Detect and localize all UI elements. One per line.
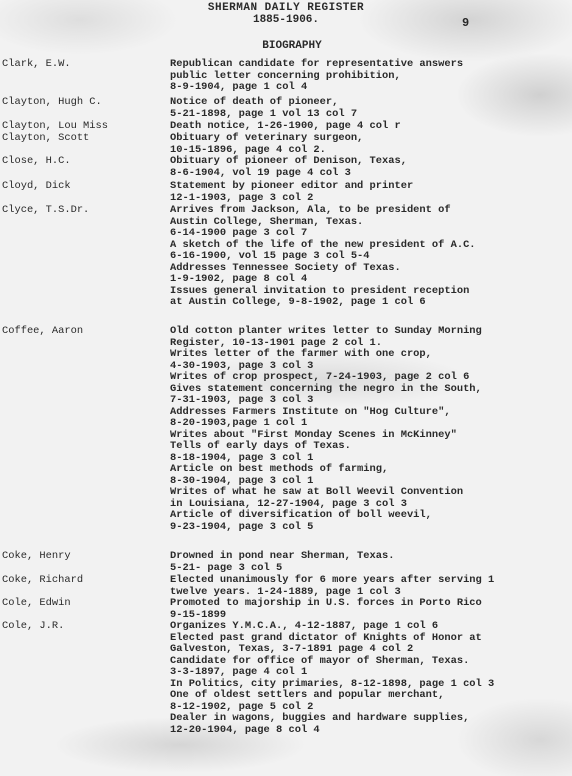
citation-line: 5-21-1898, page 1 vol 13 col 7: [170, 109, 570, 121]
document-title: SHERMAN DAILY REGISTER: [0, 2, 572, 14]
citation-line: 12-20-1904, page 8 col 4: [170, 725, 570, 737]
entry-citations: Promoted to majorship in U.S. forces in …: [170, 598, 570, 621]
citation-line: Obituary of pioneer of Denison, Texas,: [170, 156, 570, 168]
entry-citations: Old cotton planter writes letter to Sund…: [170, 326, 570, 533]
citation-line: Writes letter of the farmer with one cro…: [170, 349, 570, 361]
entry-name: Coffee, Aaron: [2, 326, 167, 338]
citation-line: 8-20-1903,page 1 col 1: [170, 418, 570, 430]
citation-line: Tells of early days of Texas.: [170, 441, 570, 453]
entry-citations: Republican candidate for representative …: [170, 59, 570, 94]
entry-citations: Drowned in pond near Sherman, Texas.5-21…: [170, 551, 570, 574]
citation-line: 5-21- page 3 col 5: [170, 563, 570, 575]
citation-line: 1-9-1902, page 8 col 4: [170, 274, 570, 286]
section-heading: BIOGRAPHY: [6, 40, 572, 52]
document-years: 1885-1906.: [0, 14, 572, 26]
entry-name: Clark, E.W.: [2, 59, 167, 71]
entry-name: Clayton, Hugh C.: [2, 97, 167, 109]
citation-line: Notice of death of pioneer,: [170, 97, 570, 109]
entry-citations: Elected unanimously for 6 more years aft…: [170, 575, 570, 598]
citation-line: Obituary of veterinary surgeon,: [170, 133, 570, 145]
entry-citations: Obituary of veterinary surgeon,10-15-189…: [170, 133, 570, 156]
entry-citations: Organizes Y.M.C.A., 4-12-1887, page 1 co…: [170, 621, 570, 736]
citation-line: Drowned in pond near Sherman, Texas.: [170, 551, 570, 563]
entry-name: Clayton, Lou Miss: [2, 121, 167, 133]
citation-line: Organizes Y.M.C.A., 4-12-1887, page 1 co…: [170, 621, 570, 633]
citation-line: Dealer in wagons, buggies and hardware s…: [170, 713, 570, 725]
citation-line: Writes of what he saw at Boll Weevil Con…: [170, 487, 570, 499]
citation-line: Arrives from Jackson, Ala, to be preside…: [170, 205, 570, 217]
citation-line: 6-14-1900 page 3 col 7: [170, 228, 570, 240]
citation-line: 9-23-1904, page 3 col 5: [170, 522, 570, 534]
entry-name: Cole, J.R.: [2, 621, 167, 633]
citation-line: Writes of crop prospect, 7-24-1903, page…: [170, 372, 570, 384]
citation-line: at Austin College, 9-8-1902, page 1 col …: [170, 297, 570, 309]
page-number: 9: [462, 16, 469, 30]
citation-line: Statement by pioneer editor and printer: [170, 181, 570, 193]
citation-line: Promoted to majorship in U.S. forces in …: [170, 598, 570, 610]
entry-citations: Statement by pioneer editor and printer1…: [170, 181, 570, 204]
citation-line: Elected unanimously for 6 more years aft…: [170, 575, 570, 587]
entry-citations: Obituary of pioneer of Denison, Texas,8-…: [170, 156, 570, 179]
entry-name: Coke, Richard: [2, 575, 167, 587]
entry-name: Coke, Henry: [2, 551, 167, 563]
citation-line: Old cotton planter writes letter to Sund…: [170, 326, 570, 338]
citation-line: One of oldest settlers and popular merch…: [170, 690, 570, 702]
citation-line: 3-3-1897, page 4 col 1: [170, 667, 570, 679]
citation-line: Article on best methods of farming,: [170, 464, 570, 476]
entry-citations: Arrives from Jackson, Ala, to be preside…: [170, 205, 570, 309]
entry-citations: Notice of death of pioneer,5-21-1898, pa…: [170, 97, 570, 120]
citation-line: 7-31-1903, page 3 col 3: [170, 395, 570, 407]
entry-name: Close, H.C.: [2, 156, 167, 168]
entry-name: Cole, Edwin: [2, 598, 167, 610]
entry-name: Clyce, T.S.Dr.: [2, 205, 167, 217]
citation-line: Galveston, Texas, 3-7-1891 page 4 col 2: [170, 644, 570, 656]
citation-line: 8-6-1904, vol 19 page 4 col 3: [170, 168, 570, 180]
entry-name: Cloyd, Dick: [2, 181, 167, 193]
citation-line: Death notice, 1-26-1900, page 4 col r: [170, 121, 570, 133]
entry-citations: Death notice, 1-26-1900, page 4 col r: [170, 121, 570, 133]
citation-line: 8-9-1904, page 1 col 4: [170, 82, 570, 94]
citation-line: 6-16-1900, vol 15 page 3 col 5-4: [170, 251, 570, 263]
citation-line: Article of diversification of boll weevi…: [170, 510, 570, 522]
citation-line: Republican candidate for representative …: [170, 59, 570, 71]
entry-name: Clayton, Scott: [2, 133, 167, 145]
citation-line: 12-1-1903, page 3 col 2: [170, 193, 570, 205]
